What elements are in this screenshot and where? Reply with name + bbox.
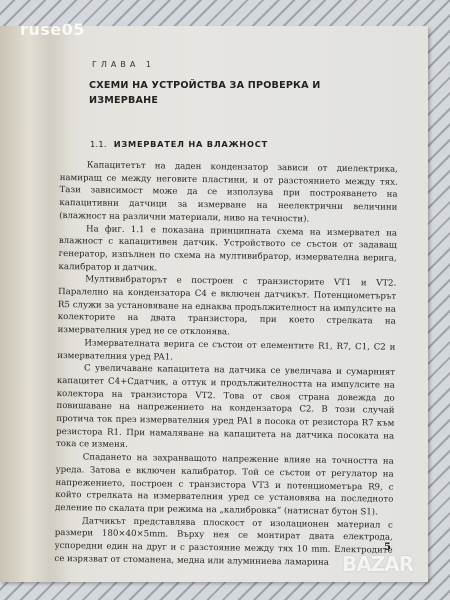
section-number: 1.1. [90, 139, 107, 149]
paragraph: Спадането на захранващото напрежение вли… [55, 451, 394, 519]
bazar-logo: BAZAR [342, 552, 413, 576]
watermark-logo: ruse05 [20, 20, 85, 39]
chapter-label: ГЛАВА 1 [92, 60, 155, 69]
body-text: Капацитетът на даден кондензатор зависи … [54, 159, 398, 570]
paragraph: Мултивибраторът е построен с транзистори… [58, 273, 397, 341]
chapter-title: СХЕМИ НА УСТРОЙСТВА ЗА ПРОВЕРКА И ИЗМЕРВ… [89, 78, 349, 108]
paragraph: С увеличаване капацитета на датчика се у… [56, 362, 395, 456]
paragraph: Капацитетът на даден кондензатор зависи … [59, 159, 398, 227]
book-page: ГЛАВА 1 СХЕМИ НА УСТРОЙСТВА ЗА ПРОВЕРКА … [0, 26, 428, 582]
paragraph: На фиг. 1.1 е показана принципната схема… [58, 223, 397, 279]
section-heading: 1.1. ИЗМЕРВАТЕЛ НА ВЛАЖНОСТ [90, 139, 268, 149]
section-title: ИЗМЕРВАТЕЛ НА ВЛАЖНОСТ [114, 139, 268, 149]
